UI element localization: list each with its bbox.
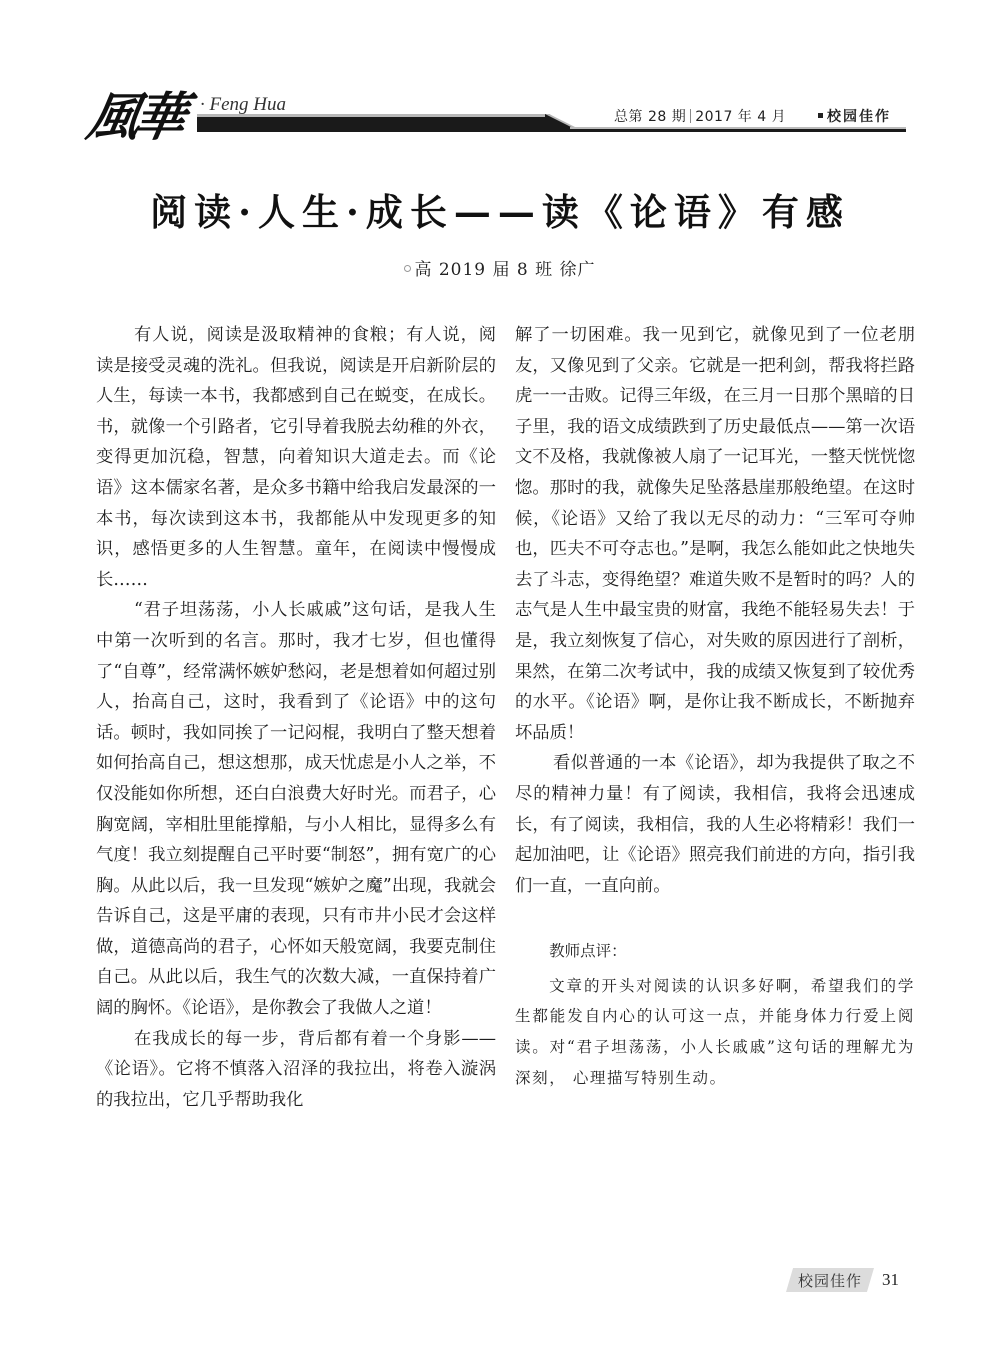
paragraph: 有人说，阅读是汲取精神的食粮；有人说，阅读是接受灵魂的洗礼。但我说，阅读是开启新… [96,320,496,595]
column-label: 校园佳作 [818,106,891,126]
column-name: 校园佳作 [827,109,891,125]
teacher-comment: 教师点评： 文章的开头对阅读的认识多好啊，希望我们的学生都能发自内心的认可这一点… [515,936,915,1093]
paragraph: 在我成长的每一步，背后都有着一个身影——《论语》。它将不慎落入沼泽的我拉出，将卷… [96,1024,496,1116]
teacher-comment-heading: 教师点评： [515,936,915,967]
footer-column-tag: 校园佳作 [786,1268,874,1292]
article-title: 阅读·人生·成长——读《论语》有感 [0,182,1000,236]
logo-latin-name: · Feng Hua [200,94,286,116]
byline: 高 2019 届 8 班 徐广 [0,255,1000,280]
teacher-comment-text: 文章的开头对阅读的认识多好啊，希望我们的学生都能发自内心的认可这一点，并能身体力… [515,971,915,1093]
ring-bullet-icon [404,265,411,272]
issue-date: 2017 年 4 月 [695,109,786,125]
issue-number: 总第 28 期 [614,109,686,125]
footer-column-name: 校园佳作 [798,1270,862,1291]
article-right-column: 解了一切困难。我一见到它，就像见到了一位老朋友，又像见到了父亲。它就是一把利剑，… [515,320,915,1093]
paragraph-continued: 解了一切困难。我一见到它，就像见到了一位老朋友，又像见到了父亲。它就是一把利剑，… [515,320,915,748]
issue-separator [690,109,691,123]
page-number: 31 [882,1270,899,1290]
paragraph: 看似普通的一本《论语》，却为我提供了取之不尽的精神力量！有了阅读，我相信，我将会… [515,748,915,901]
issue-info: 总第 28 期2017 年 4 月 [614,106,786,126]
author-info: 高 2019 届 8 班 徐广 [414,260,595,280]
paragraph: “君子坦荡荡，小人长戚戚”这句话，是我人生中第一次听到的名言。那时，我才七岁，但… [96,595,496,1023]
magazine-logo: 風華 · Feng Hua [88,72,180,144]
header-thick-rule [197,117,549,132]
header-thin-rule [570,129,906,132]
article-left-column: 有人说，阅读是汲取精神的食粮；有人说，阅读是接受灵魂的洗礼。但我说，阅读是开启新… [96,320,496,1115]
square-bullet-icon [818,113,823,118]
logo-calligraphy: 風華 [83,92,184,144]
